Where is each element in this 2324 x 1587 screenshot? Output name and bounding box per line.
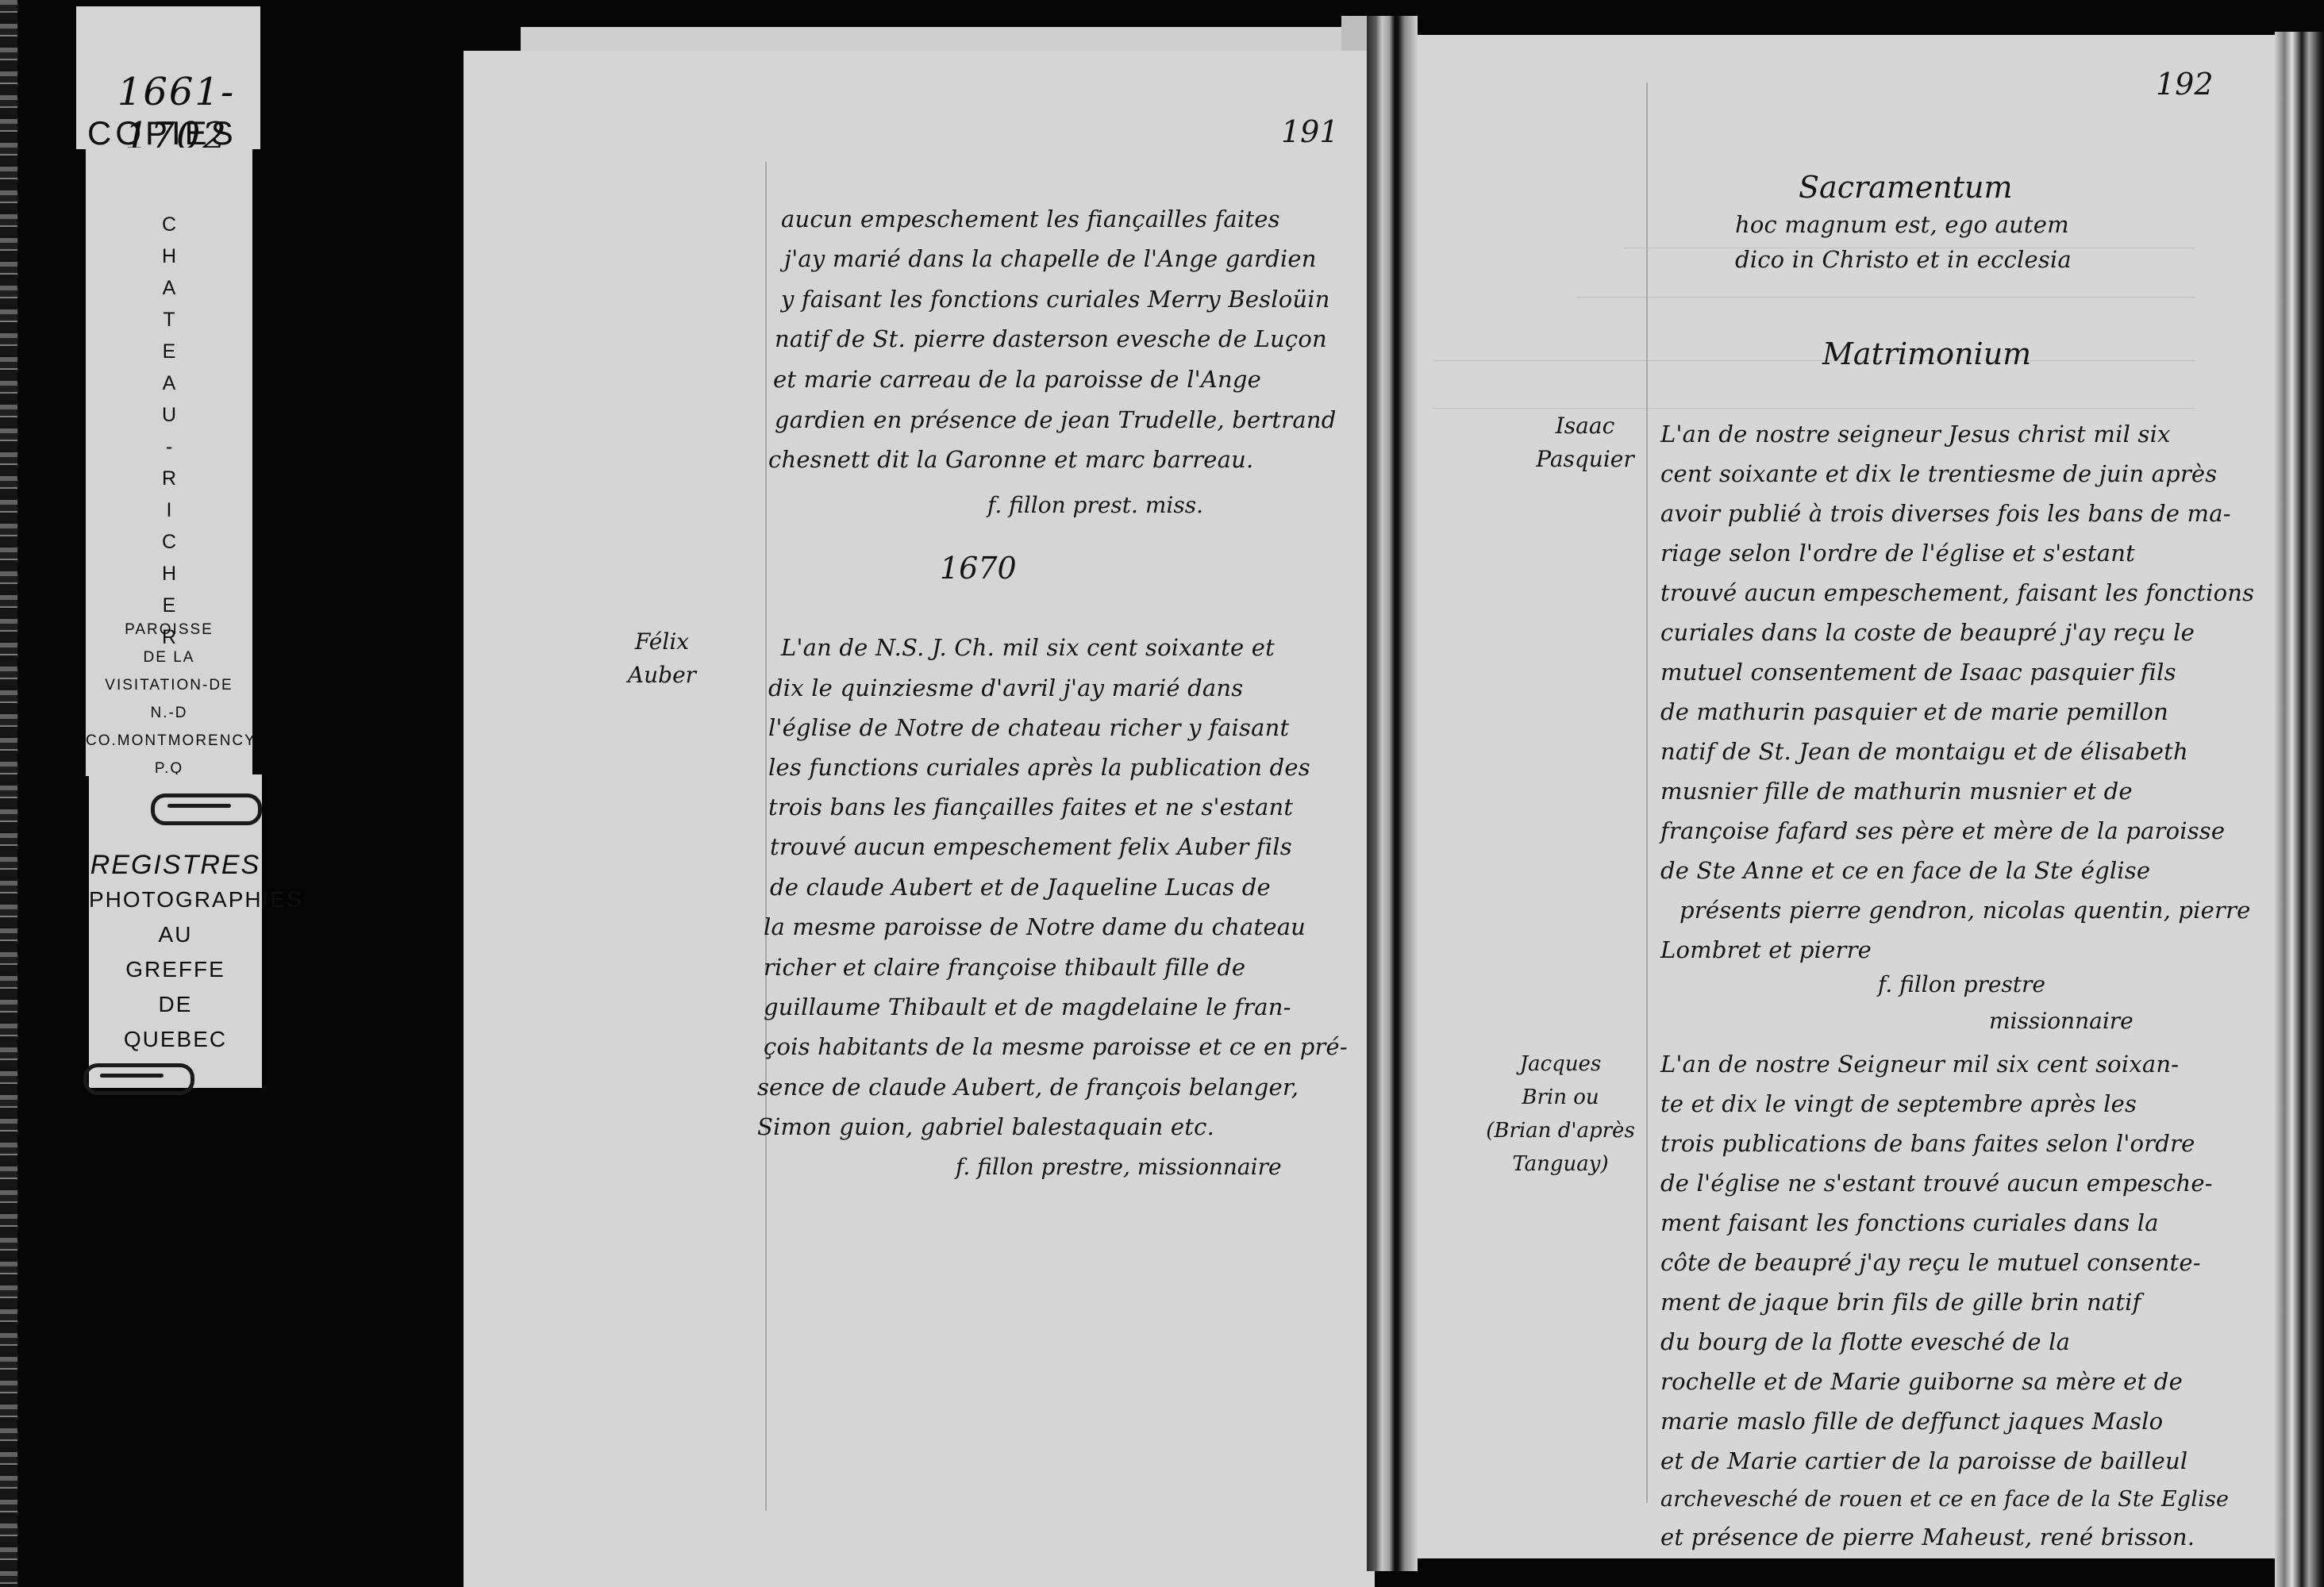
parish-line: CO.MONTMORENCY xyxy=(86,727,252,755)
paperclip-icon xyxy=(151,793,262,825)
ruled-line xyxy=(1433,408,2195,409)
text-line: L'an de N.S. J. Ch. mil six cent soixant… xyxy=(781,634,1275,661)
archive-line: AU xyxy=(89,917,262,952)
archive-line: DE xyxy=(89,987,262,1022)
letter: R xyxy=(162,465,176,492)
text-line: Simon guion, gabriel balestaquain etc. xyxy=(757,1113,1214,1140)
letter: C xyxy=(162,528,176,555)
text-line: les functions curiales après la publicat… xyxy=(768,754,1310,781)
text-line: riage selon l'ordre de l'église et s'est… xyxy=(1660,540,2135,567)
archive-label-header: 1661-1702 COPIES xyxy=(76,6,260,149)
text-line: trois bans les fiançailles faites et ne … xyxy=(768,793,1293,820)
parish-label: C H A T E A U - R I C H E R PAROISSE DE … xyxy=(86,148,252,776)
letter: H xyxy=(162,560,176,587)
entry-margin-name: Félix Auber xyxy=(614,625,710,692)
margin-name-line: (Brian d'après xyxy=(1473,1114,1648,1147)
entry-margin-name: Jacques Brin ou (Brian d'après Tanguay) xyxy=(1473,1047,1648,1181)
margin-name-line: Brin ou xyxy=(1473,1081,1648,1114)
text-line: archevesché de rouen et ce en face de la… xyxy=(1660,1487,2229,1512)
text-line: trouvé aucun empeschement felix Auber fi… xyxy=(770,833,1292,860)
text-line: marie maslo fille de deffunct jaques Mas… xyxy=(1660,1408,2163,1435)
letter: E xyxy=(163,592,176,619)
margin-line xyxy=(1646,83,1648,1503)
margin-name-line: Félix xyxy=(614,625,710,659)
text-line: aucun empeschement les fiançailles faite… xyxy=(781,206,1280,232)
text-line: du bourg de la flotte evesché de la xyxy=(1660,1328,2070,1355)
archive-line: GREFFE xyxy=(89,952,262,987)
parish-line: PAROISSE xyxy=(86,616,252,644)
text-line: rochelle et de Marie guiborne sa mère et… xyxy=(1660,1368,2183,1395)
margin-name-line: Jacques xyxy=(1473,1047,1648,1081)
text-line: avoir publié à trois diverses fois les b… xyxy=(1660,500,2231,527)
text-line: présents pierre gendron, nicolas quentin… xyxy=(1680,897,2251,924)
text-line: j'ay marié dans la chapelle de l'Ange ga… xyxy=(784,245,1317,272)
text-line: de l'église ne s'estant trouvé aucun emp… xyxy=(1660,1170,2213,1197)
letter: C xyxy=(162,211,176,238)
parish-line: N.-D xyxy=(86,699,252,727)
text-line: la mesme paroisse de Notre dame du chate… xyxy=(764,913,1306,940)
text-line: cent soixante et dix le trentiesme de ju… xyxy=(1660,460,2217,487)
matrimonium-heading: Matrimonium xyxy=(1822,336,2031,371)
margin-name-line: Isaac xyxy=(1526,409,1645,443)
text-line: L'an de nostre Seigneur mil six cent soi… xyxy=(1660,1051,2179,1078)
text-line: et de Marie cartier de la paroisse de ba… xyxy=(1660,1447,2187,1474)
text-line: y faisant les fonctions curiales Merry B… xyxy=(781,286,1330,313)
book-fore-edge xyxy=(2275,32,2324,1587)
entry-margin-name: Isaac Pasquier xyxy=(1526,409,1645,476)
book-spine xyxy=(1367,16,1418,1571)
parish-vertical-name: C H A T E A U - R I C H E R xyxy=(86,211,252,651)
text-line: çois habitants de la mesme paroisse et c… xyxy=(764,1033,1348,1060)
ruled-line xyxy=(1433,360,2195,361)
letter: T xyxy=(163,306,175,333)
year-heading: 1670 xyxy=(940,551,1017,586)
parish-line: VISITATION-DE xyxy=(86,671,252,699)
margin-line xyxy=(765,162,767,1511)
text-line: Lombret et pierre xyxy=(1660,936,1872,963)
text-line: L'an de nostre seigneur Jesus christ mil… xyxy=(1660,421,2171,448)
text-line: mutuel consentement de Isaac pasquier fi… xyxy=(1660,659,2176,686)
signature: f. fillon prestre xyxy=(1878,971,2045,997)
motto-line: hoc magnum est, ego autem xyxy=(1735,211,2069,238)
letter: I xyxy=(167,497,172,524)
margin-name-line: Pasquier xyxy=(1526,443,1645,476)
text-line: l'église de Notre de chateau richer y fa… xyxy=(768,714,1289,741)
archive-note: REGISTRES PHOTOGRAPHIÉS AU GREFFE DE QUE… xyxy=(89,847,262,1057)
text-line: richer et claire françoise thibault fill… xyxy=(764,954,1245,981)
text-line: te et dix le vingt de septembre après le… xyxy=(1660,1090,2137,1117)
text-line: curiales dans la coste de beaupré j'ay r… xyxy=(1660,619,2195,646)
archive-line: PHOTOGRAPHIÉS xyxy=(89,882,262,917)
text-line: et présence de pierre Maheust, rené bris… xyxy=(1660,1524,2195,1550)
text-line: de claude Aubert et de Jaqueline Lucas d… xyxy=(770,874,1271,901)
letter: A xyxy=(163,275,176,302)
letter: E xyxy=(163,338,176,365)
text-line: natif de St. pierre dasterson evesche de… xyxy=(775,325,1327,352)
page-number: 191 xyxy=(1281,114,1339,149)
text-line: guillaume Thibault et de magdelaine le f… xyxy=(764,993,1291,1020)
text-line: natif de St. Jean de montaigu et de élis… xyxy=(1660,738,2188,765)
signature: f. fillon prestre, missionnaire xyxy=(956,1154,1282,1180)
paperclip-icon xyxy=(83,1063,194,1095)
letter: U xyxy=(162,402,176,428)
archive-line: REGISTRES xyxy=(89,847,262,882)
signature: missionnaire xyxy=(1989,1008,2134,1034)
text-line: sence de claude Aubert, de françois bela… xyxy=(757,1074,1299,1101)
archive-line: QUEBEC xyxy=(89,1022,262,1057)
text-line: ment faisant les fonctions curiales dans… xyxy=(1660,1209,2159,1236)
page-number: 192 xyxy=(2156,67,2214,102)
sacramentum-heading: Sacramentum xyxy=(1799,170,2013,205)
text-line: gardien en présence de jean Trudelle, be… xyxy=(775,406,1336,433)
text-line: côte de beaupré j'ay reçu le mutuel cons… xyxy=(1660,1249,2201,1276)
copies-label: COPIES xyxy=(87,114,237,152)
text-line: et marie carreau de la paroisse de l'Ang… xyxy=(773,366,1261,393)
letter: - xyxy=(166,433,172,460)
text-line: françoise fafard ses père et mère de la … xyxy=(1660,817,2225,844)
margin-name-line: Auber xyxy=(614,659,710,692)
film-perforation-edge xyxy=(0,0,17,1587)
register-page-192: 192 Sacramentum hoc magnum est, ego aute… xyxy=(1418,35,2275,1558)
text-line: de mathurin pasquier et de marie pemillo… xyxy=(1660,698,2168,725)
text-line: trouvé aucun empeschement, faisant les f… xyxy=(1660,579,2254,606)
text-line: trois publications de bans faites selon … xyxy=(1660,1130,2195,1157)
letter: H xyxy=(162,243,176,270)
register-page-191: 191 aucun empeschement les fiançailles f… xyxy=(464,51,1375,1587)
text-line: chesnett dit la Garonne et marc barreau. xyxy=(768,446,1253,473)
margin-name-line: Tanguay) xyxy=(1473,1147,1648,1181)
text-line: dix le quinziesme d'avril j'ay marié dan… xyxy=(768,674,1243,701)
text-line: de Ste Anne et ce en face de la Ste égli… xyxy=(1660,857,2150,884)
signature: f. fillon prest. miss. xyxy=(987,492,1203,518)
motto-line: dico in Christo et in ecclesia xyxy=(1735,246,2072,273)
parish-details: PAROISSE DE LA VISITATION-DE N.-D CO.MON… xyxy=(86,616,252,782)
text-line: ment de jaque brin fils de gille brin na… xyxy=(1660,1289,2141,1316)
text-line: musnier fille de mathurin musnier et de xyxy=(1660,778,2133,805)
ruled-line xyxy=(1576,297,2195,298)
letter: A xyxy=(163,370,176,397)
parish-line: DE LA xyxy=(86,644,252,671)
